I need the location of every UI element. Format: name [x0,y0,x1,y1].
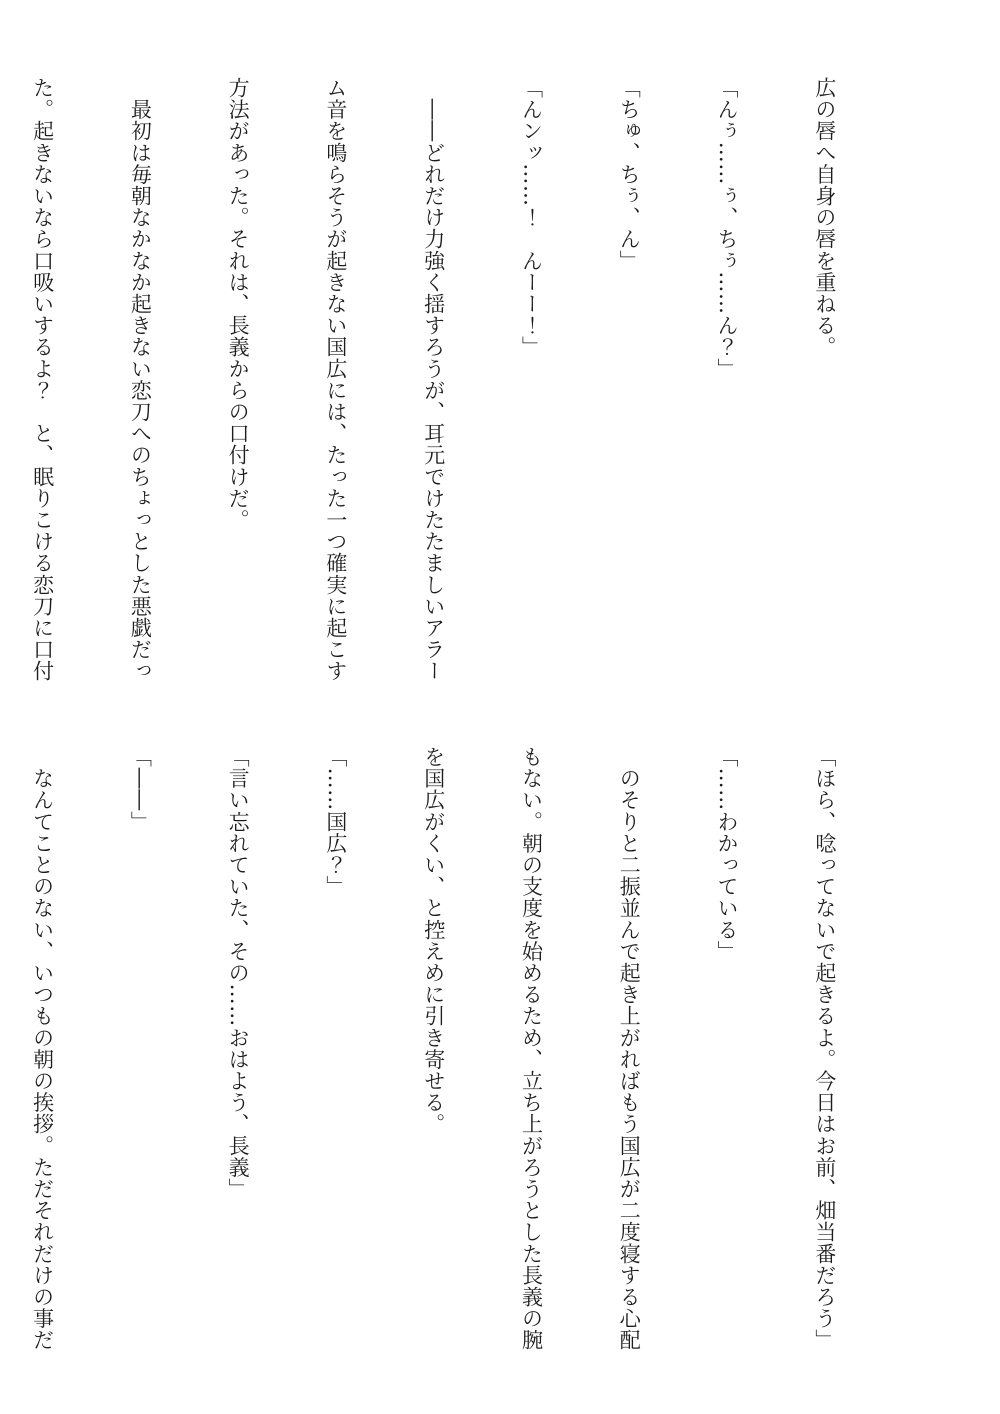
text-column: 「言い忘れていた、その……おはよう、長義」 [222,746,255,1406]
text-column: もない。朝の支度を始めるため、立ち上がろうとした長義の腕 [515,746,548,1406]
text-column: 「んンッ……！ んーー！」 [515,77,548,737]
text-column: 「……わかっている」 [710,746,743,1406]
text-column: のそりと二振並んで起き上がればもう国広が二度寝する心配 [613,746,646,1406]
text-column: 「ちゅ、ちぅ、ん」 [613,77,646,737]
upper-text-block: 広の唇へ自身の唇を重ねる。 「んぅ……ぅ、ちぅ……ん？」 「ちゅ、ちぅ、ん」 「… [0,77,906,737]
text-column: た。起きないなら口吸いするよ？ と、眠りこける恋刀に口付 [26,77,59,737]
text-column: 「ほら、唸ってないで起きるよ。今日はお前、畑当番だろう」 [808,746,841,1406]
lower-text-block: 「ほら、唸ってないで起きるよ。今日はお前、畑当番だろう」 「……わかっている」 … [0,746,906,1406]
novel-page: 広の唇へ自身の唇を重ねる。 「んぅ……ぅ、ちぅ……ん？」 「ちゅ、ちぅ、ん」 「… [0,0,1000,1414]
text-column: なんてことのない、いつもの朝の挨拶。ただそれだけの事だ [26,746,59,1406]
text-column: 方法があった。それは、長義からの口付けだ。 [222,77,255,737]
text-column: 最初は毎朝なかなか起きない恋刀へのちょっとした悪戯だっ [124,77,157,737]
text-column: を国広がくい、と控えめに引き寄せる。 [417,746,450,1406]
text-column: ム音を鳴らそうが起きない国広には、たった一つ確実に起こす [319,77,352,737]
text-column: 広の唇へ自身の唇を重ねる。 [808,77,841,737]
text-column: ――どれだけ力強く揺すろうが、耳元でけたたましいアラー [417,77,450,737]
text-column: 「……国広？」 [319,746,352,1406]
text-column: 「んぅ……ぅ、ちぅ……ん？」 [710,77,743,737]
text-column: 「――」 [124,746,157,1406]
